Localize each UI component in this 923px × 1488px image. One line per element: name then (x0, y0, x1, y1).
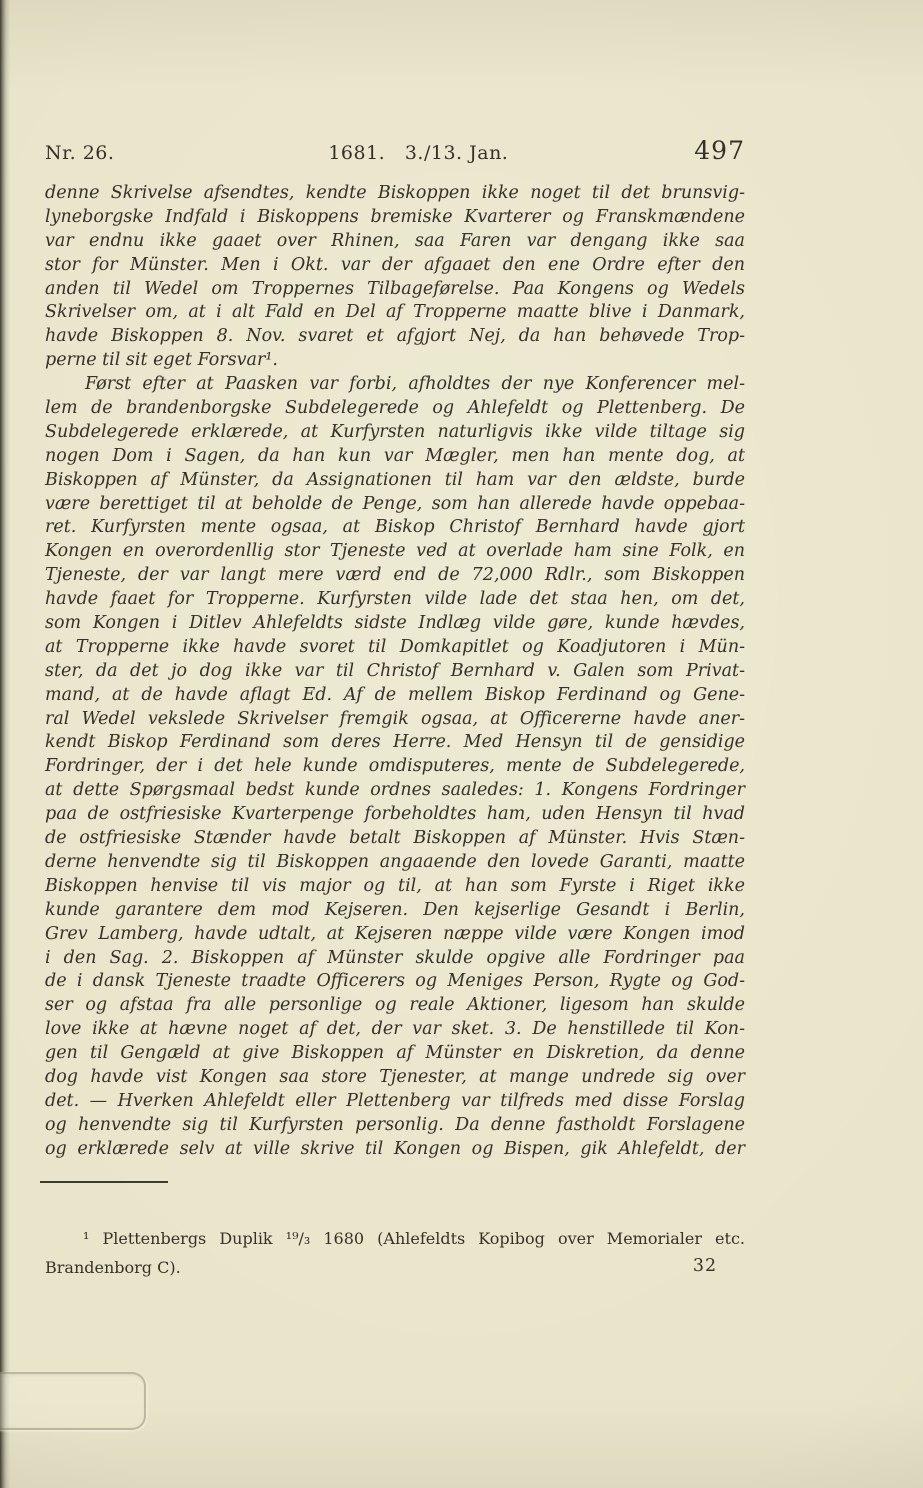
text-line: Biskoppen henvise til vis major og til, … (45, 875, 745, 899)
text-line: anden til Wedel om Troppernes Tilbagefør… (45, 278, 745, 302)
page-left-edge-shadow (0, 0, 10, 1488)
text-line: de ostfriesiske Stænder havde betalt Bis… (45, 827, 745, 851)
text-line: Først efter at Paasken var forbi, afhold… (45, 373, 745, 397)
text-line: gen til Gengæld at give Biskoppen af Mün… (45, 1042, 745, 1066)
text-line: Subdelegerede erklærede, at Kurfyrsten n… (45, 421, 745, 445)
text-line: denne Skrivelse afsendtes, kendte Biskop… (45, 182, 745, 206)
text-line: lem de brandenborgske Subdelegerede og A… (45, 397, 745, 421)
text-line: ral Wedel vekslede Skrivelser fremgik og… (45, 708, 745, 732)
text-line: lyneborgske Indfald i Biskoppens bremisk… (45, 206, 745, 230)
text-line: kendt Biskop Ferdinand som deres Herre. … (45, 731, 745, 755)
text-line: at Tropperne ikke havde svoret til Domka… (45, 636, 745, 660)
text-line: Kongen en overordenllig stor Tjeneste ve… (45, 540, 745, 564)
text-line: derne henvendte sig til Biskoppen angaae… (45, 851, 745, 875)
text-line: perne til sit eget Forsvar¹. (45, 349, 745, 373)
running-header-doc-number: Nr. 26. (45, 142, 114, 164)
text-line: Grev Lamberg, havde udtalt, at Kejseren … (45, 923, 745, 947)
text-line: og erklærede selv at ville skrive til Ko… (45, 1138, 745, 1162)
text-line: de i dansk Tjeneste traadte Officerers o… (45, 970, 745, 994)
text-line: være berettiget til at beholde de Penge,… (45, 493, 745, 517)
body-text: denne Skrivelse afsendtes, kendte Biskop… (45, 182, 745, 1162)
text-line: som Kongen i Ditlev Ahlefeldts sidste In… (45, 612, 745, 636)
signature-mark: 32 (680, 1256, 730, 1276)
text-line: ret. Kurfyrsten mente ogsaa, at Biskop C… (45, 516, 745, 540)
footnote-line: Brandenborg C). (45, 1253, 745, 1282)
text-line: ster, da det jo dog ikke var til Christo… (45, 660, 745, 684)
text-line: Skrivelser om, at i alt Fald en Del af T… (45, 301, 745, 325)
page-header: Nr. 26. 1681. 3./13. Jan. 497 (45, 136, 745, 165)
text-line: mand, at de havde aflagt Ed. Af de melle… (45, 684, 745, 708)
text-line: kunde garantere dem mod Kejseren. Den ke… (45, 899, 745, 923)
text-line: i den Sag. 2. Biskoppen af Münster skuld… (45, 947, 745, 971)
text-line: love ikke at hævne noget af det, der var… (45, 1018, 745, 1042)
footnote: ¹ Plettenbergs Duplik ¹⁹/₃ 1680 (Ahlefel… (45, 1224, 745, 1282)
library-pocket-imprint (0, 1372, 146, 1430)
text-line: Tjeneste, der var langt mere værd end de… (45, 564, 745, 588)
text-line: ser og afstaa fra alle personlige og rea… (45, 994, 745, 1018)
book-page: Nr. 26. 1681. 3./13. Jan. 497 denne Skri… (0, 0, 923, 1488)
page-number: 497 (694, 136, 745, 165)
text-line: paa de ostfriesiske Kvarterpenge forbeho… (45, 803, 745, 827)
text-line: og henvendte sig til Kurfyrsten personli… (45, 1114, 745, 1138)
text-line: det. — Hverken Ahlefeldt eller Plettenbe… (45, 1090, 745, 1114)
text-line: dog havde vist Kongen saa store Tjeneste… (45, 1066, 745, 1090)
footnote-line: ¹ Plettenbergs Duplik ¹⁹/₃ 1680 (Ahlefel… (45, 1224, 745, 1253)
text-line: Biskoppen af Münster, da Assignationen t… (45, 469, 745, 493)
text-line: stor for Münster. Men i Okt. var der afg… (45, 254, 745, 278)
text-line: at dette Spørgsmaal bedst kunde ordnes s… (45, 779, 745, 803)
text-line: havde faaet for Tropperne. Kurfyrsten vi… (45, 588, 745, 612)
text-line: havde Biskoppen 8. Nov. svaret et afgjor… (45, 325, 745, 349)
text-line: var endnu ikke gaaet over Rhinen, saa Fa… (45, 230, 745, 254)
text-line: nogen Dom i Sagen, da han kun var Mægler… (45, 445, 745, 469)
text-line: Fordringer, der i det hele kunde omdispu… (45, 755, 745, 779)
footnote-separator (40, 1181, 168, 1183)
running-header-date: 1681. 3./13. Jan. (328, 142, 508, 164)
